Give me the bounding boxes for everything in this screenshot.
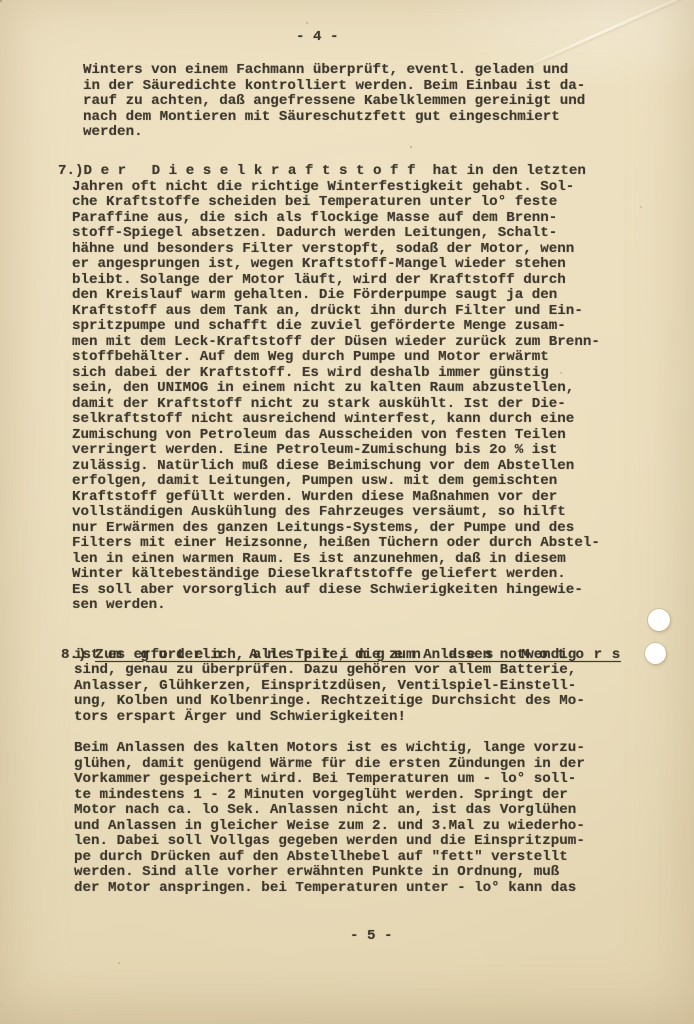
text-line: werden. [83,125,585,141]
text-line: werden. Sind alle vorher erwähnten Punkt… [74,865,585,881]
text-line: Es soll aber vorsorglich auf diese Schwi… [72,583,600,599]
text-line: che Kraftstoffe scheiden bei Temperature… [72,195,600,211]
text-line: spritzpumpe und schafft die zuviel geför… [72,319,600,335]
text-line: den Kreislauf warm gehalten. Die Förderp… [72,288,600,304]
text-line: verringert werden. Eine Petroleum-Zumisc… [72,443,600,459]
text-line: pe durch Drücken auf den Abstellhebel au… [74,850,585,866]
text-line: bleibt. Solange der Motor läuft, wird de… [72,273,600,289]
text-line: vollständigen Auskühlung des Fahrzeuges … [72,505,600,521]
text-line: sein, den UNIMOG in einem nicht zu kalte… [72,381,600,397]
text-line: Winter kältebeständige Dieselkraftstoffe… [72,567,600,583]
text-line: Filters mit einer Heizsonne, heißen Tüch… [72,536,600,552]
text-line: sind, genau zu überprüfen. Dazu gehören … [74,663,585,679]
text-line: Kraftstoff gefüllt werden. Wurden diese … [72,490,600,506]
punch-hole-bottom [645,643,666,664]
text-line: Winters von einem Fachmann überprüft, ev… [83,63,585,79]
text-line: damit der Kraftstoff nicht zu stark ausk… [72,397,600,413]
text-line: sen werden. [72,598,600,614]
section-8-paragraph: Beim Anlassen des kalten Motors ist es w… [74,741,585,896]
text-line: stoffbehälter. Auf dem Weg durch Pumpe u… [72,350,600,366]
text-line: der Motor anspringen. bei Temperaturen u… [74,881,585,897]
text-line: men mit dem Leck-Kraftstoff der Düsen wi… [72,335,600,351]
text-line: len in einen warmen Raum. Es ist anzuneh… [72,552,600,568]
paper-specks [0,0,2,2]
punch-hole-top [648,609,670,631]
text-line: Vorkammer gespeichert wird. Bei Temperat… [74,772,585,788]
page-number-top: - 4 - [296,30,339,46]
text-line: stoff-Spiegel absetzen. Dadurch werden L… [72,226,600,242]
text-line: sich dabei der Kraftstoff. Es wird desha… [72,366,600,382]
text-line: selkraftstoff nicht ausreichend winterfe… [72,412,600,428]
text-line: in der Säuredichte kontrolliert werden. … [83,79,585,95]
text-line: Zumischung von Petroleum das Ausscheiden… [72,428,600,444]
section-7-body: Jahren oft nicht die richtige Winterfest… [72,180,600,614]
text-line: zulässig. Natürlich muß diese Beimischun… [72,459,600,475]
text-line: Anlasser, Glühkerzen, Einspritzdüsen, Ve… [74,679,585,695]
text-line: Beim Anlassen des kalten Motors ist es w… [74,741,585,757]
text-line: erfolgen, damit Leitungen, Pumpen usw. m… [72,474,600,490]
text-line: hähne und besonders Filter verstopft, so… [72,242,600,258]
text-line: nach dem Montieren mit Säureschutzfett g… [83,110,585,126]
section-8-body: ist es erforderlich, alle Teile, die zum… [74,648,585,726]
text-line: ung, Kolben und Kolbenringe. Rechtzeitig… [74,694,585,710]
text-line: Motor nach ca. lo Sek. Anlassen nicht an… [74,803,585,819]
text-line: glühen, damit genügend Wärme für die ers… [74,757,585,773]
text-line: te mindestens 1 - 2 Minuten vorgeglüht w… [74,788,585,804]
intro-paragraph: Winters von einem Fachmann überprüft, ev… [83,63,585,141]
text-line: tors erspart Ärger und Schwierigkeiten! [74,710,585,726]
text-line: nur Erwärmen des ganzen Leitungs-Systems… [72,521,600,537]
text-line: Paraffine aus, die sich als flockige Mas… [72,211,600,227]
text-line: Jahren oft nicht die richtige Winterfest… [72,180,600,196]
text-line: ist es erforderlich, alle Teile, die zum… [74,648,585,664]
text-line: rauf zu achten, daß angefressene Kabelkl… [83,94,585,110]
page-number-bottom: - 5 - [350,929,393,945]
text-line: er angesprungen ist, wegen Kraftstoff-Ma… [72,257,600,273]
text-line: und Anlassen in gleicher Weise zum 2. un… [74,819,585,835]
text-line: Kraftstoff aus dem Tank an, drückt ihn d… [72,304,600,320]
scanned-typewritten-page: { "page": { "header_page_number": "- 4 -… [0,0,694,1024]
section-8-heading-line: 8.) Zum g u t e n A n s p r i n g e n d … [44,632,621,648]
corner-crease [516,0,694,72]
text-line: len. Dabei soll Vollgas gegeben werden u… [74,834,585,850]
section-7-first-line: 7.)D e r D i e s e l k r a f t s t o f f… [58,164,586,180]
